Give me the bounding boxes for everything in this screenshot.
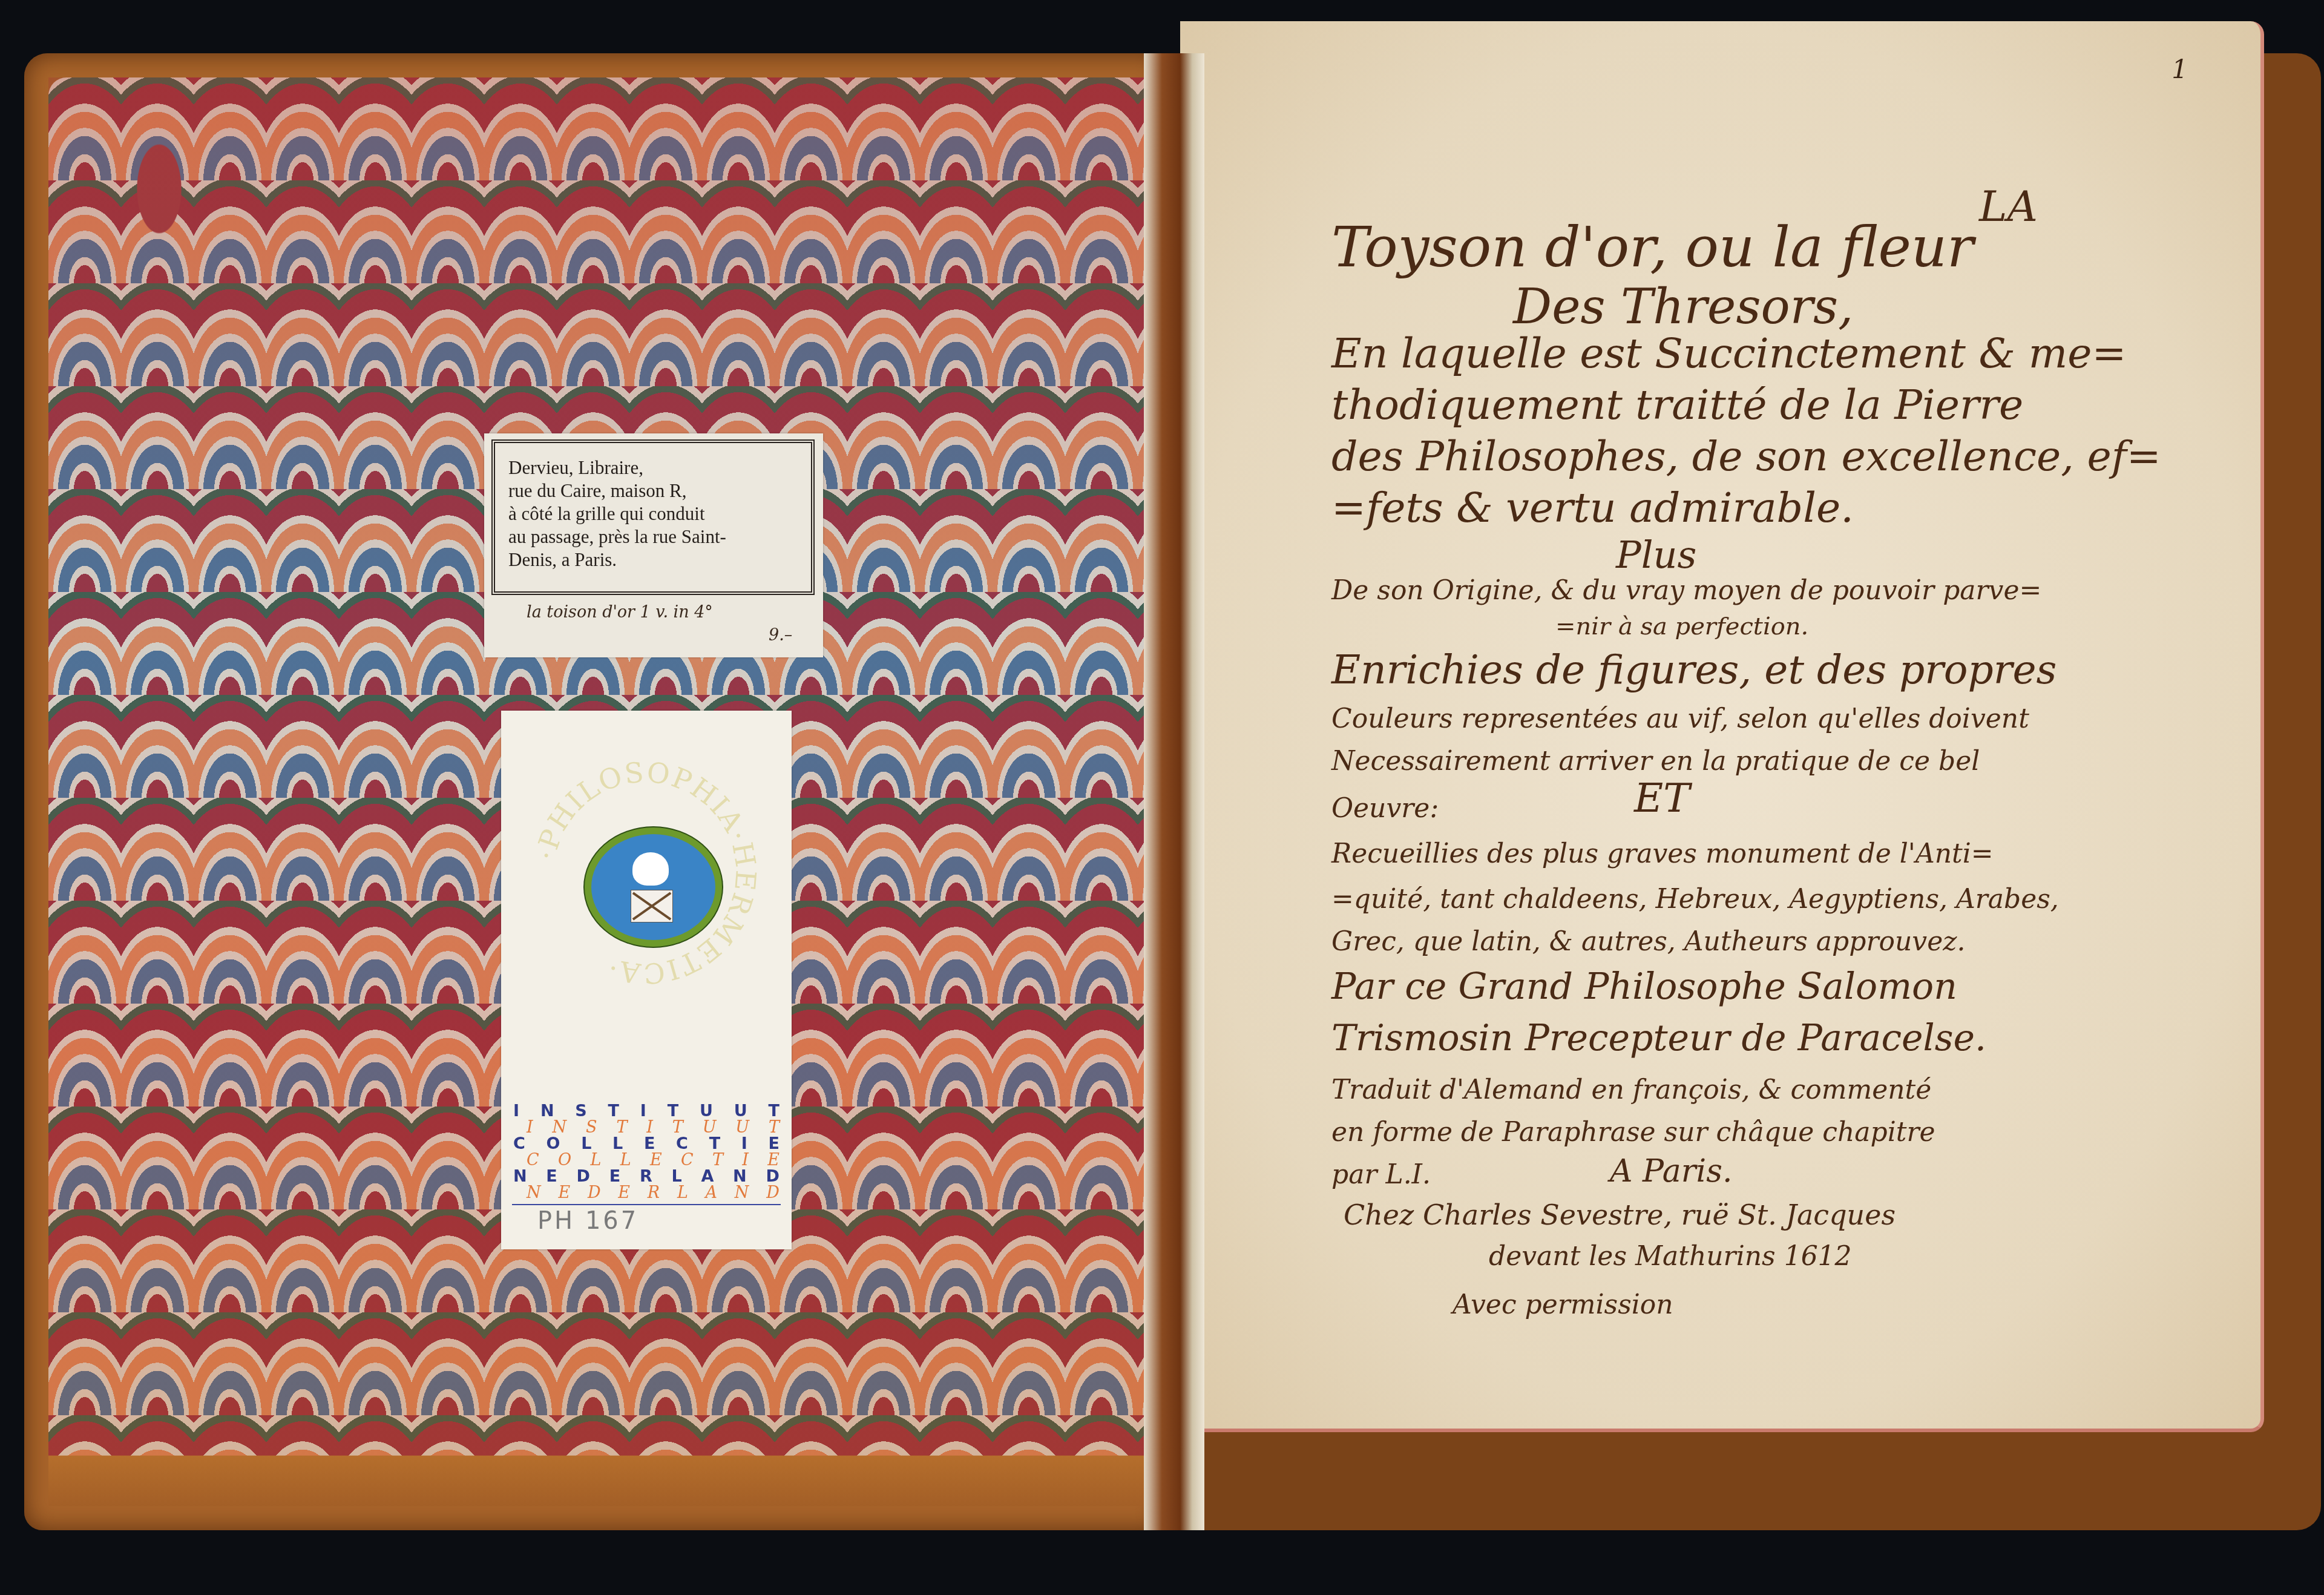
- logo-letter: N: [553, 1119, 567, 1136]
- title-line: A Paris.: [1610, 1153, 1732, 1189]
- logo-letter: R: [640, 1168, 652, 1185]
- title-line: par L.I.: [1331, 1159, 1431, 1190]
- institute-line-echo: NEDERLAND: [513, 1185, 780, 1201]
- title-line: Couleurs representées au vif, selon qu'e…: [1331, 703, 2029, 734]
- logo-letter: T: [769, 1119, 780, 1136]
- pelican-emblem-icon: [585, 827, 722, 947]
- logo-letter: O: [558, 1152, 571, 1168]
- title-line: des Philosophes, de son excellence, ef=: [1331, 433, 2161, 481]
- title-line: Recueillies des plus graves monument de …: [1331, 838, 1994, 869]
- logo-letter: D: [766, 1168, 779, 1185]
- logo-letter: S: [586, 1119, 597, 1136]
- label-line: Dervieu, Libraire,: [508, 456, 799, 479]
- logo-letter: L: [612, 1136, 623, 1152]
- folio-number: 1: [2171, 54, 2188, 84]
- leather-turn-in: [48, 1421, 1162, 1506]
- logo-letter: C: [681, 1152, 694, 1168]
- institute-line: NEDERLAND: [513, 1168, 780, 1185]
- logo-letter: L: [671, 1168, 681, 1185]
- logo-letter: I: [513, 1103, 519, 1119]
- handwritten-note: la toison d'or 1 v. in 4°: [527, 603, 713, 622]
- bookseller-label: Dervieu, Libraire, rue du Caire, maison …: [484, 433, 823, 657]
- logo-letter: L: [620, 1152, 631, 1168]
- logo-letter: I: [640, 1103, 646, 1119]
- shelfmark: PH 167: [537, 1207, 638, 1235]
- institute-line: COLLECTIE: [513, 1136, 780, 1152]
- logo-letter: U: [735, 1119, 749, 1136]
- logo-letter: U: [703, 1119, 717, 1136]
- label-text: Dervieu, Libraire, rue du Caire, maison …: [508, 456, 799, 571]
- title-line: Enrichies de figures, et des propres: [1331, 646, 2056, 693]
- logo-letter: L: [581, 1136, 591, 1152]
- logo-letter: A: [706, 1185, 718, 1201]
- logo-letter: N: [540, 1103, 554, 1119]
- title-line: De son Origine, & du vray moyen de pouvo…: [1331, 575, 2041, 606]
- logo-letter: E: [768, 1136, 779, 1152]
- title-line: ET: [1634, 775, 1690, 821]
- label-line: Denis, a Paris.: [508, 548, 799, 571]
- title-line: Toyson d'or, ou la fleur: [1331, 215, 1974, 280]
- logo-letter: T: [668, 1103, 678, 1119]
- logo-letter: I: [646, 1119, 653, 1136]
- title-line: Par ce Grand Philosophe Salomon: [1331, 965, 1957, 1008]
- title-line: =nir à sa perfection.: [1555, 613, 1808, 640]
- title-line: en forme de Paraphrase sur châque chapit…: [1331, 1117, 1935, 1148]
- logo-letter: D: [766, 1185, 780, 1201]
- logo-letter: E: [546, 1168, 557, 1185]
- spine-gutter: [1144, 53, 1204, 1530]
- logo-letter: C: [527, 1152, 539, 1168]
- title-line: Des Thresors,: [1513, 278, 1853, 335]
- logo-letter: T: [616, 1119, 627, 1136]
- logo-letter: D: [588, 1185, 601, 1201]
- logo-letter: T: [608, 1103, 619, 1119]
- logo-letter: T: [709, 1136, 720, 1152]
- logo-letter: T: [769, 1103, 780, 1119]
- label-line: à côté la grille qui conduit: [508, 502, 799, 525]
- title-line: thodiquement traitté de la Pierre: [1331, 381, 2023, 429]
- logo-letter: E: [650, 1152, 662, 1168]
- title-line: =quité, tant chaldeens, Hebreux, Aegypti…: [1331, 884, 2059, 915]
- logo-letter: U: [700, 1103, 713, 1119]
- logo-letter: O: [547, 1136, 560, 1152]
- logo-letter: D: [577, 1168, 590, 1185]
- institute-line: INSTITUUT: [513, 1103, 780, 1119]
- logo-letter: T: [712, 1152, 723, 1168]
- logo-letter: A: [701, 1168, 714, 1185]
- logo-letter: L: [590, 1152, 601, 1168]
- logo-letter: C: [676, 1136, 688, 1152]
- title-line: Grec, que latin, & autres, Autheurs appr…: [1331, 926, 1965, 957]
- divider: [512, 1204, 781, 1205]
- logo-letter: R: [648, 1185, 660, 1201]
- title-line: =fets & vertu admirable.: [1331, 484, 1854, 532]
- logo-letter: E: [644, 1136, 655, 1152]
- pelican-icon: [632, 852, 669, 886]
- institute-line-echo: INSTITUUT: [513, 1119, 780, 1136]
- shield-icon: [631, 890, 673, 922]
- label-line: rue du Caire, maison R,: [508, 479, 799, 502]
- logo-letter: E: [609, 1168, 620, 1185]
- logo-letter: N: [735, 1185, 749, 1201]
- logo-letter: E: [767, 1152, 780, 1168]
- logo-letter: C: [513, 1136, 525, 1152]
- title-line: devant les Mathurins 1612: [1489, 1241, 1852, 1272]
- logo-letter: I: [527, 1119, 533, 1136]
- title-line: En laquelle est Succinctement & me=: [1331, 330, 2126, 378]
- title-line: Traduit d'Alemand en françois, & comment…: [1331, 1074, 1931, 1105]
- logo-letter: N: [733, 1168, 747, 1185]
- institute-logo: INSTITUUT INSTITUUT COLLECTIE COLLECTIE …: [513, 1103, 780, 1201]
- logo-letter: N: [527, 1185, 541, 1201]
- title-line: Chez Charles Sevestre, ruë St. Jacques: [1344, 1199, 1896, 1231]
- logo-letter: E: [618, 1185, 630, 1201]
- logo-letter: S: [575, 1103, 586, 1119]
- institute-line-echo: COLLECTIE: [513, 1152, 780, 1168]
- logo-letter: U: [734, 1103, 747, 1119]
- handwritten-price: 9.–: [769, 626, 792, 645]
- logo-letter: N: [513, 1168, 527, 1185]
- title-line: LA: [1979, 182, 2038, 231]
- logo-letter: I: [741, 1136, 747, 1152]
- logo-letter: L: [677, 1185, 688, 1201]
- title-line: Avec permission: [1452, 1289, 1673, 1320]
- library-bookplate: ·PHILOSOPHIA·HERMETICA· INSTITUUT INSTIT…: [501, 711, 792, 1249]
- logo-letter: E: [558, 1185, 570, 1201]
- title-line: Plus: [1616, 533, 1696, 577]
- label-line: au passage, près la rue Saint-: [508, 525, 799, 548]
- title-line: Trismosin Precepteur de Paracelse.: [1331, 1017, 1986, 1059]
- title-line: Necessairement arriver en la pratique de…: [1331, 746, 1980, 777]
- title-line: Oeuvre:: [1331, 793, 1439, 824]
- logo-letter: I: [742, 1152, 749, 1168]
- logo-letter: T: [672, 1119, 683, 1136]
